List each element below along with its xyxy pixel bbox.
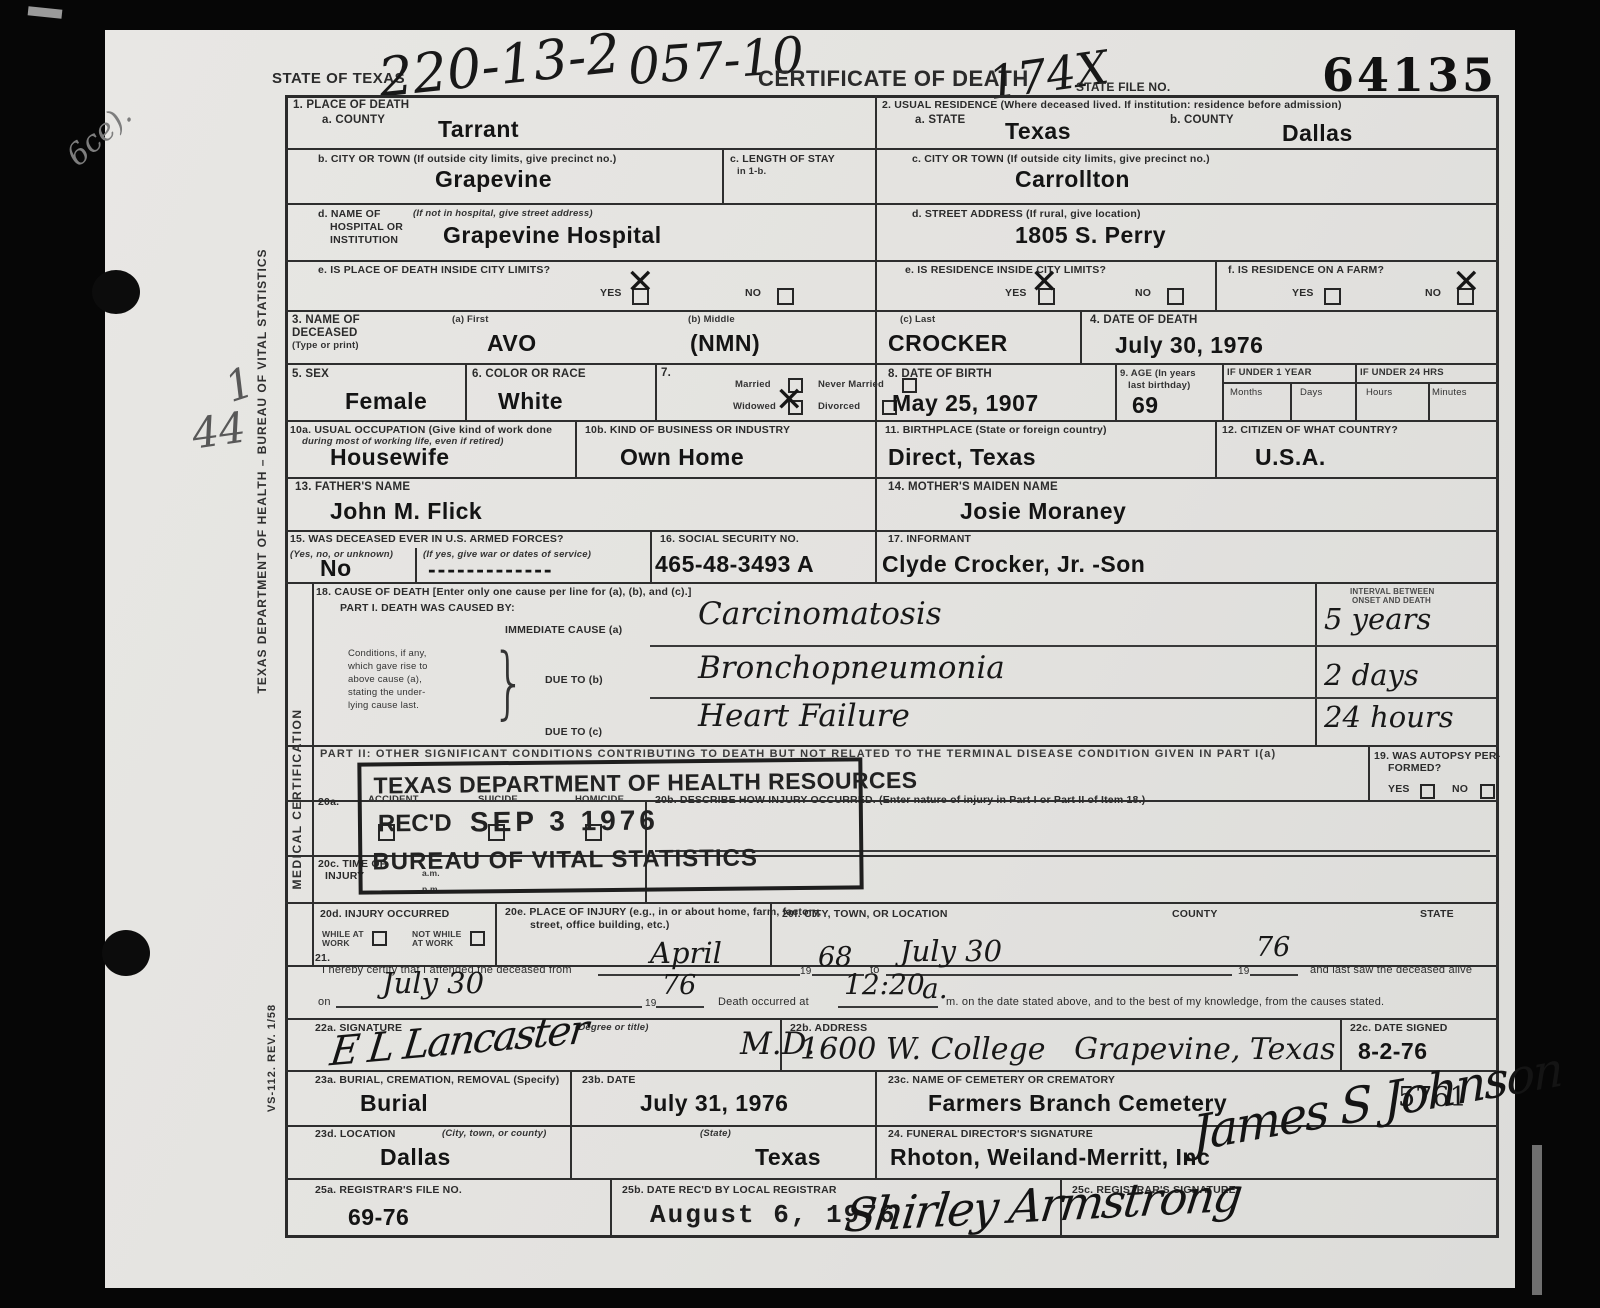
widowed-label: Widowed bbox=[733, 401, 776, 412]
grid-line bbox=[875, 95, 877, 582]
interval-b-value: 2 days bbox=[1324, 658, 1419, 692]
hospital-value: Grapevine Hospital bbox=[443, 222, 662, 249]
name-of-deceased-label: DECEASED bbox=[292, 327, 358, 339]
registrar-file-no-value: 69-76 bbox=[348, 1204, 409, 1231]
armed-forces-value: No bbox=[320, 555, 352, 582]
fathers-name-value: John M. Flick bbox=[330, 498, 482, 525]
cemetery-value: Farmers Branch Cemetery bbox=[928, 1090, 1227, 1117]
rule-line bbox=[598, 974, 800, 976]
attended-to-value: July 30 bbox=[900, 934, 1002, 968]
stamp-agency-text: TEXAS DEPARTMENT OF HEALTH RESOURCES bbox=[373, 767, 917, 800]
married-label: Married bbox=[735, 379, 771, 390]
no-label: NO bbox=[745, 287, 761, 299]
birthplace-label: 11. BIRTHPLACE (State or foreign country… bbox=[885, 424, 1107, 436]
grid-line bbox=[1315, 582, 1317, 745]
registrar-file-no-label: 25a. REGISTRAR'S FILE NO. bbox=[315, 1184, 462, 1196]
grid-line bbox=[575, 420, 577, 477]
date-of-birth-label: 8. DATE OF BIRTH bbox=[888, 368, 992, 380]
yes-label: YES bbox=[1292, 287, 1314, 299]
informant-label: 17. INFORMANT bbox=[888, 533, 971, 545]
scan-artifact bbox=[28, 6, 63, 19]
last-name-value: CROCKER bbox=[888, 330, 1008, 357]
citizen-value: U.S.A. bbox=[1255, 444, 1326, 471]
occupation-label: 10a. USUAL OCCUPATION (Give kind of work… bbox=[290, 424, 552, 436]
divorced-label: Divorced bbox=[818, 401, 860, 412]
no-label: NO bbox=[1425, 287, 1441, 299]
state-sublabel: (State) bbox=[700, 1128, 731, 1139]
grid-line bbox=[285, 477, 1499, 479]
cause-c-value: Heart Failure bbox=[698, 698, 910, 734]
city-label: b. CITY OR TOWN (If outside city limits,… bbox=[318, 153, 616, 165]
usual-residence-label: 2. USUAL RESIDENCE (Where deceased lived… bbox=[882, 99, 1342, 111]
if-under-24-hrs-label: IF UNDER 24 HRS bbox=[1360, 367, 1444, 378]
x-mark-residence-yes: ✕ bbox=[1030, 262, 1059, 302]
autopsy-label: FORMED? bbox=[1388, 762, 1441, 774]
length-of-stay-label: c. LENGTH OF STAY bbox=[730, 153, 835, 165]
no-label: NO bbox=[1452, 783, 1468, 795]
mothers-maiden-name-value: Josie Moraney bbox=[960, 498, 1126, 525]
conditions-note: above cause (a), bbox=[348, 674, 422, 685]
grid-line bbox=[1340, 1018, 1342, 1070]
residence-city-label: c. CITY OR TOWN (If outside city limits,… bbox=[912, 153, 1210, 165]
year-19-label: 19 bbox=[1238, 966, 1250, 977]
funeral-home-value: Rhoton, Weiland-Merritt, Inc bbox=[890, 1144, 1210, 1171]
place-city-limits-label: e. IS PLACE OF DEATH INSIDE CITY LIMITS? bbox=[318, 264, 550, 276]
cause-b-value: Bronchopneumonia bbox=[698, 650, 1005, 686]
item-20a-label: 20a. bbox=[318, 796, 339, 808]
address-value: 1600 W. College Grapevine, Texas bbox=[800, 1032, 1336, 1067]
age-label: last birthday) bbox=[1128, 380, 1190, 391]
punch-hole bbox=[102, 930, 150, 976]
days-label: Days bbox=[1300, 387, 1322, 398]
street-address-label: d. STREET ADDRESS (If rural, give locati… bbox=[912, 208, 1141, 220]
grid-line bbox=[1215, 420, 1217, 477]
if-under-1-year-label: IF UNDER 1 YEAR bbox=[1227, 367, 1312, 378]
burial-state-value: Texas bbox=[755, 1144, 821, 1171]
interval-header: INTERVAL BETWEEN bbox=[1350, 587, 1435, 596]
date-of-death-label: 4. DATE OF DEATH bbox=[1090, 314, 1198, 326]
ssn-label: 16. SOCIAL SECURITY NO. bbox=[660, 533, 799, 545]
conditions-note: which gave rise to bbox=[348, 661, 428, 672]
date-of-birth-value: May 25, 1907 bbox=[892, 390, 1039, 417]
grid-line bbox=[875, 1070, 877, 1178]
citizen-label: 12. CITIZEN OF WHAT COUNTRY? bbox=[1222, 424, 1398, 436]
immediate-cause-label: IMMEDIATE CAUSE (a) bbox=[505, 624, 622, 636]
fathers-name-label: 13. FATHER'S NAME bbox=[295, 481, 410, 493]
last-seen-year-value: 76 bbox=[662, 970, 696, 1001]
grid-line bbox=[650, 530, 652, 582]
occupation-value: Housewife bbox=[330, 444, 450, 471]
stamp-date-text: SEP 3 1976 bbox=[470, 804, 659, 838]
grid-line bbox=[1115, 363, 1117, 420]
burial-value: Burial bbox=[360, 1090, 428, 1117]
margin-form-code: VS-112. REV. 1/58 bbox=[266, 988, 278, 1128]
cemetery-label: 23c. NAME OF CEMETERY OR CREMATORY bbox=[888, 1074, 1115, 1086]
hospital-label: HOSPITAL OR bbox=[330, 221, 403, 233]
mothers-maiden-name-label: 14. MOTHER'S MAIDEN NAME bbox=[888, 481, 1058, 493]
grid-line bbox=[285, 363, 1499, 365]
grid-line bbox=[285, 902, 1499, 904]
yes-label: YES bbox=[600, 287, 622, 299]
county-label: a. COUNTY bbox=[322, 114, 385, 126]
marital-section-label: 7. bbox=[661, 367, 671, 379]
cause-of-death-label: 18. CAUSE OF DEATH [Enter only one cause… bbox=[316, 586, 692, 598]
residence-county-label: b. COUNTY bbox=[1170, 114, 1234, 126]
conditions-note: Conditions, if any, bbox=[348, 648, 427, 659]
age-label: 9. AGE (In years bbox=[1120, 368, 1196, 379]
rule-line bbox=[838, 1006, 938, 1008]
pencil-number: 44 bbox=[189, 403, 249, 459]
burial-city-value: Dallas bbox=[380, 1144, 451, 1171]
grid-line bbox=[285, 1178, 1499, 1180]
scanned-death-certificate: 6ce). 1 44 TEXAS DEPARTMENT OF HEALTH – … bbox=[0, 0, 1600, 1308]
hospital-label: d. NAME OF bbox=[318, 208, 381, 220]
last-name-label: (c) Last bbox=[900, 314, 935, 325]
minutes-label: Minutes bbox=[1432, 387, 1467, 398]
grid-line bbox=[465, 363, 467, 420]
place-of-death-label: 1. PLACE OF DEATH bbox=[293, 99, 409, 111]
checkbox-autopsy-no bbox=[1480, 784, 1495, 799]
checkbox-while-at-work bbox=[372, 931, 387, 946]
color-or-race-label: 6. COLOR OR RACE bbox=[472, 368, 586, 380]
part1-label: PART I. DEATH WAS CAUSED BY: bbox=[340, 602, 515, 614]
received-stamp: TEXAS DEPARTMENT OF HEALTH RESOURCES REC… bbox=[357, 757, 863, 894]
injury-occurred-label: 20d. INJURY OCCURRED bbox=[320, 908, 449, 920]
grid-line bbox=[570, 1070, 572, 1178]
conditions-note: lying cause last. bbox=[348, 700, 419, 711]
stamp-bureau-text: BUREAU OF VITAL STATISTICS bbox=[372, 844, 758, 876]
race-value: White bbox=[498, 388, 563, 415]
grid-line bbox=[285, 420, 1499, 422]
informant-value: Clyde Crocker, Jr. -Son bbox=[882, 551, 1145, 578]
armed-forces-label: 15. WAS DECEASED EVER IN U.S. ARMED FORC… bbox=[290, 533, 564, 545]
industry-label: 10b. KIND OF BUSINESS OR INDUSTRY bbox=[585, 424, 790, 436]
residence-farm-label: f. IS RESIDENCE ON A FARM? bbox=[1228, 264, 1384, 276]
city-value: Grapevine bbox=[435, 166, 552, 193]
funeral-director-label: 24. FUNERAL DIRECTOR'S SIGNATURE bbox=[888, 1128, 1093, 1140]
grid-line bbox=[495, 902, 497, 965]
death-time-value: 12:20 bbox=[844, 968, 925, 1001]
place-of-injury-label: 20e. PLACE OF INJURY (e.g., in or about … bbox=[505, 906, 821, 918]
type-or-print-note: (Type or print) bbox=[292, 340, 359, 351]
checkbox-not-while-at-work bbox=[470, 931, 485, 946]
x-mark-widowed: ✕ bbox=[775, 380, 804, 420]
war-dates-value: ------------- bbox=[428, 556, 554, 583]
checkbox-autopsy-yes bbox=[1420, 784, 1435, 799]
brace-glyph: } bbox=[491, 638, 526, 728]
grid-line bbox=[1222, 382, 1499, 384]
to-year-value: 76 bbox=[1256, 932, 1290, 963]
length-of-stay-sublabel: in 1-b. bbox=[737, 166, 766, 177]
residence-state-value: Texas bbox=[1005, 118, 1071, 145]
injury-state-label: STATE bbox=[1420, 908, 1454, 920]
date-signed-label: 22c. DATE SIGNED bbox=[1350, 1022, 1448, 1034]
grid-line bbox=[285, 148, 1499, 150]
grid-line bbox=[722, 148, 724, 203]
industry-value: Own Home bbox=[620, 444, 744, 471]
state-file-no-label: STATE FILE NO. bbox=[1076, 80, 1170, 94]
yes-label: YES bbox=[1388, 783, 1410, 795]
due-to-c-label: DUE TO (c) bbox=[545, 726, 602, 738]
rule-line bbox=[650, 645, 1496, 647]
last-seen-date-value: July 30 bbox=[382, 966, 484, 1000]
sex-value: Female bbox=[345, 388, 427, 415]
birthplace-value: Direct, Texas bbox=[888, 444, 1036, 471]
grid-line bbox=[1222, 363, 1224, 420]
while-at-work-label: WORK bbox=[322, 938, 350, 948]
place-of-injury-label: street, office building, etc.) bbox=[530, 919, 670, 931]
age-value: 69 bbox=[1132, 392, 1159, 419]
hospital-label: INSTITUTION bbox=[330, 234, 398, 246]
stamp-recd-text: REC'D bbox=[378, 810, 452, 839]
item-21-label: 21. bbox=[315, 952, 330, 964]
burial-date-label: 23b. DATE bbox=[582, 1074, 636, 1086]
rule-line bbox=[1250, 974, 1298, 976]
rule-line bbox=[336, 1006, 642, 1008]
grid-line bbox=[1368, 745, 1370, 800]
certify-text: and last saw the deceased alive bbox=[1310, 964, 1472, 976]
date-signed-value: 8-2-76 bbox=[1358, 1038, 1427, 1065]
injury-county-label: COUNTY bbox=[1172, 908, 1218, 920]
middle-name-value: (NMN) bbox=[690, 330, 760, 357]
grid-line bbox=[610, 1178, 612, 1235]
interval-c-value: 24 hours bbox=[1324, 700, 1454, 734]
grid-line bbox=[1355, 363, 1357, 420]
never-married-label: Never Married bbox=[818, 379, 884, 390]
date-recd-label: 25b. DATE REC'D BY LOCAL REGISTRAR bbox=[622, 1184, 837, 1196]
residence-county-value: Dallas bbox=[1282, 120, 1353, 147]
grid-line bbox=[655, 363, 657, 420]
punch-hole bbox=[92, 270, 140, 314]
middle-name-label: (b) Middle bbox=[688, 314, 735, 325]
due-to-b-label: DUE TO (b) bbox=[545, 674, 603, 686]
grid-line bbox=[285, 745, 1499, 747]
autopsy-label: 19. WAS AUTOPSY PER- bbox=[1374, 750, 1500, 762]
checkbox-place-no bbox=[777, 288, 794, 305]
grid-line bbox=[1215, 260, 1217, 310]
checkbox-farm-yes bbox=[1324, 288, 1341, 305]
date-of-death-value: July 30, 1976 bbox=[1115, 332, 1263, 359]
hospital-note: (If not in hospital, give street address… bbox=[413, 208, 593, 219]
sex-label: 5. SEX bbox=[292, 368, 329, 380]
x-mark-place-yes: ✕ bbox=[626, 262, 655, 302]
burial-location-label: 23d. LOCATION bbox=[315, 1128, 396, 1140]
grid-line bbox=[285, 260, 1499, 262]
not-while-at-work-label: AT WORK bbox=[412, 938, 453, 948]
x-mark-farm-no: ✕ bbox=[1452, 262, 1481, 302]
attended-from-value: April bbox=[650, 936, 722, 970]
checkbox-residence-no bbox=[1167, 288, 1184, 305]
certify-text: m. on the date stated above, and to the … bbox=[946, 996, 1384, 1008]
first-name-value: AVO bbox=[487, 330, 537, 357]
year-19-label: 19 bbox=[800, 966, 812, 977]
street-address-value: 1805 S. Perry bbox=[1015, 222, 1166, 249]
margin-department-text: TEXAS DEPARTMENT OF HEALTH – BUREAU OF V… bbox=[255, 246, 269, 696]
rule-line bbox=[656, 1006, 704, 1008]
death-occurred-label: Death occurred at bbox=[718, 996, 809, 1008]
city-town-county-sublabel: (City, town, or county) bbox=[442, 1128, 547, 1139]
state-file-number: 64135 bbox=[1322, 48, 1497, 102]
burial-label: 23a. BURIAL, CREMATION, REMOVAL (Specify… bbox=[315, 1074, 559, 1086]
no-label: NO bbox=[1135, 287, 1151, 299]
grid-line bbox=[285, 530, 1499, 532]
burial-date-value: July 31, 1976 bbox=[640, 1090, 788, 1117]
on-label: on bbox=[318, 996, 331, 1008]
grid-line bbox=[285, 203, 1499, 205]
interval-a-value: 5 years bbox=[1324, 602, 1431, 636]
conditions-note: stating the under- bbox=[348, 687, 426, 698]
ssn-value: 465-48-3493 A bbox=[655, 551, 814, 578]
grid-line bbox=[1428, 382, 1430, 420]
residence-city-value: Carrollton bbox=[1015, 166, 1130, 193]
county-value: Tarrant bbox=[438, 116, 519, 143]
months-label: Months bbox=[1230, 387, 1262, 398]
grid-line bbox=[1290, 382, 1292, 420]
grid-line bbox=[312, 582, 314, 965]
first-name-label: (a) First bbox=[452, 314, 489, 325]
grid-line bbox=[1080, 310, 1082, 363]
grid-line bbox=[285, 1070, 1499, 1072]
hours-label: Hours bbox=[1366, 387, 1392, 398]
grid-line bbox=[285, 310, 1499, 312]
scan-artifact bbox=[1532, 1145, 1542, 1295]
injury-city-label: 20f. CITY, TOWN, OR LOCATION bbox=[782, 908, 948, 920]
residence-state-label: a. STATE bbox=[915, 114, 965, 126]
yes-label: YES bbox=[1005, 287, 1027, 299]
year-19-label: 19 bbox=[645, 998, 657, 1009]
name-of-deceased-label: 3. NAME OF bbox=[292, 314, 360, 326]
residence-city-limits-label: e. IS RESIDENCE INSIDE CITY LIMITS? bbox=[905, 264, 1106, 276]
cause-a-value: Carcinomatosis bbox=[698, 596, 942, 632]
grid-line bbox=[415, 548, 417, 582]
death-ampm-value: a. bbox=[922, 972, 948, 1005]
